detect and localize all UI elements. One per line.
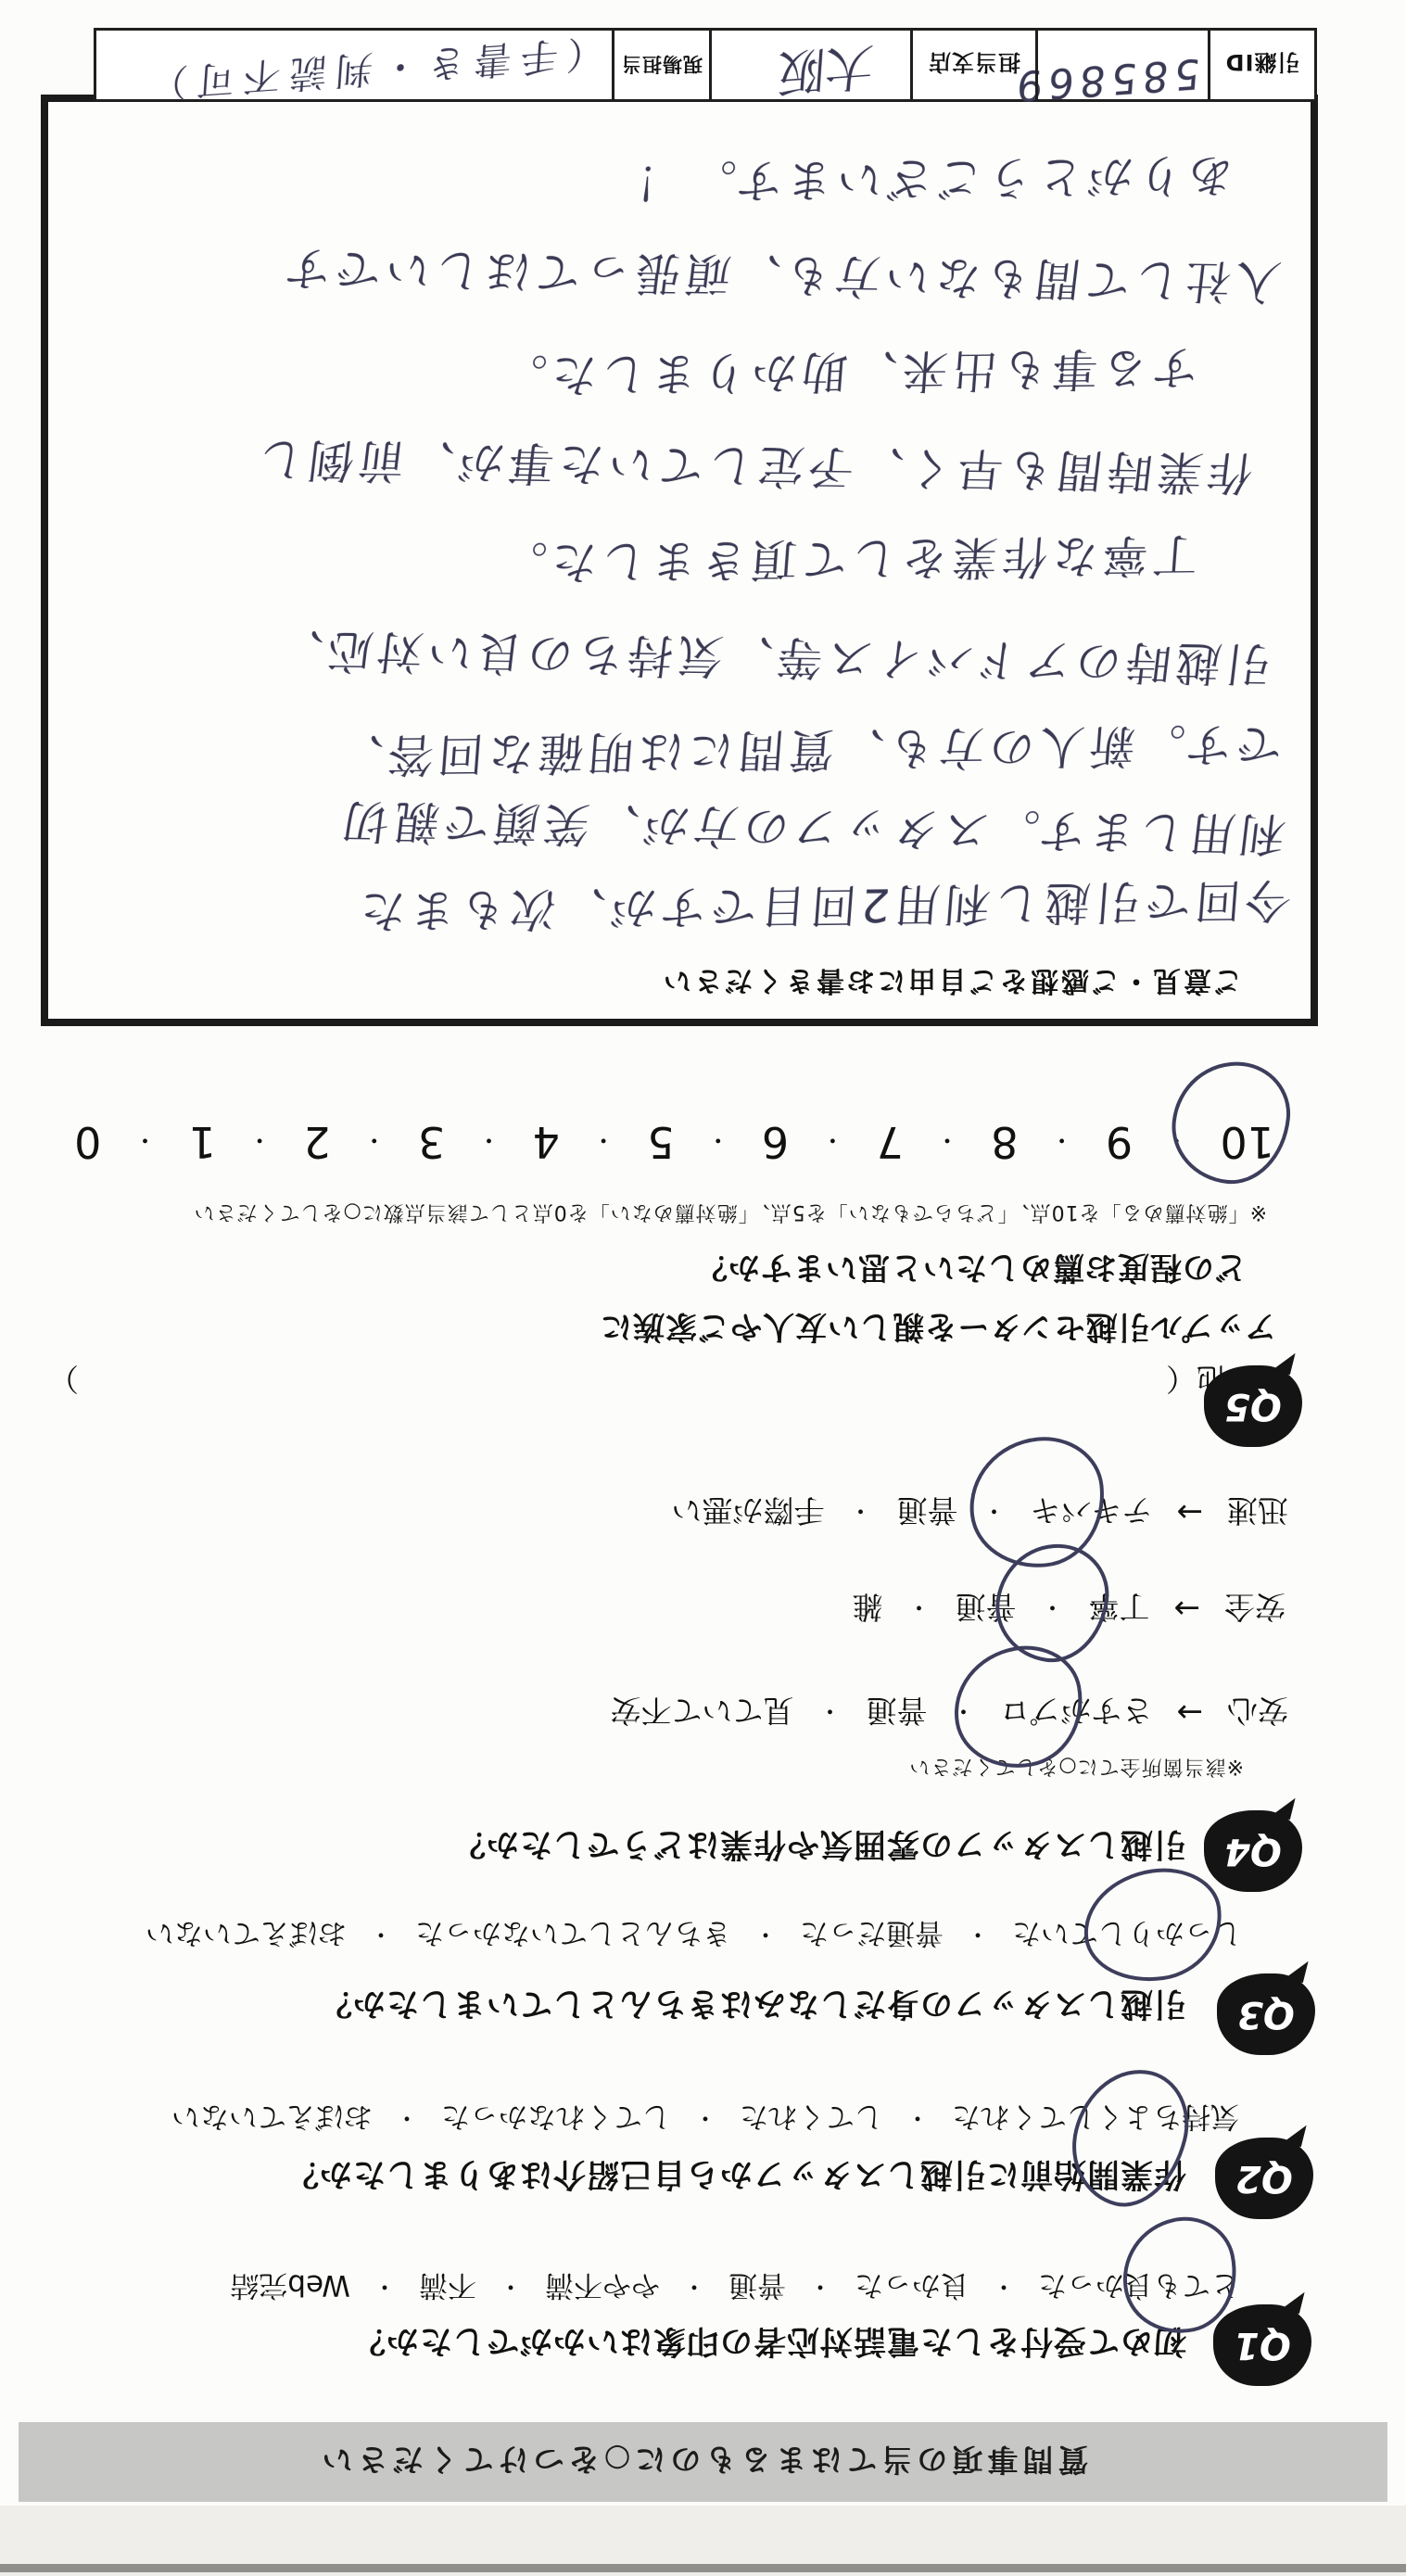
- scale-value: 7: [877, 1117, 904, 1167]
- dot-separator: ・: [820, 1125, 844, 1160]
- handwritten-line: する事も出来、助かりました。: [494, 337, 1200, 411]
- q2-option: してくれなかった: [441, 2099, 671, 2140]
- scale-value: 9: [1106, 1117, 1133, 1167]
- q3-options: しっかりしていた・普通だった・きちんとしていなかった・おぼえていない: [146, 1915, 1242, 1957]
- q5-badge: Q5: [1204, 1365, 1302, 1447]
- arrow-icon: →: [1177, 1694, 1204, 1732]
- q4-option: 見ていて不安: [610, 1691, 793, 1734]
- scale-ink-circle: [1166, 1056, 1295, 1189]
- arrow-icon: →: [1174, 1591, 1201, 1628]
- crew-label-cell: 現場担当: [614, 31, 712, 99]
- dot-separator: ・: [906, 1592, 931, 1626]
- q3-badge: Q3: [1217, 1973, 1315, 2055]
- q4-option: 普通: [866, 1691, 927, 1734]
- dot-separator: ・: [499, 2271, 523, 2305]
- q4-row-anshin: 安心 → さすがプロ・普通・見ていて不安: [610, 1691, 1288, 1734]
- comment-box: ご意見・ご感想をご自由にお書きください 今回で引越し利用2回目ですが、次もまた …: [41, 95, 1318, 1026]
- handwritten-line: 今回で引越し利用2回目ですが、次もまた: [353, 870, 1293, 946]
- scale-value: 0: [74, 1117, 101, 1167]
- dot-separator: ・: [247, 1125, 272, 1160]
- dot-separator: ・: [1050, 1125, 1074, 1160]
- instruction-banner: 質問事項の当てはまるものに○をつけてください: [19, 2422, 1387, 2502]
- q1-badge: Q1: [1213, 2304, 1311, 2386]
- crew-label: 現場担当: [621, 51, 703, 79]
- q1-question: 初めて受付をした電話対応者の印象はいかがでしたか？: [352, 2320, 1186, 2367]
- q4-option: 普通: [896, 1491, 957, 1534]
- dot-separator: ・: [133, 1125, 158, 1160]
- dot-separator: ・: [693, 2102, 717, 2137]
- scale-value: 3: [418, 1117, 445, 1167]
- q5-note: ※「絶対薦める」を10点、「どちらでもない」を5点、「絶対薦めない」を0点として…: [194, 1199, 1267, 1228]
- handwritten-line: 引越時のアドバイス等、気持ちの良い対応、: [269, 620, 1274, 699]
- q2-option: してくれた: [740, 2099, 883, 2140]
- q4-row3-ink-circle: [963, 1431, 1111, 1574]
- scale-value: 8: [991, 1117, 1018, 1167]
- q3-option: おぼえていない: [146, 1915, 347, 1957]
- q3-badge-label: Q3: [1237, 1993, 1295, 2036]
- comment-box-header: ご意見・ご感想をご自由にお書きください: [661, 963, 1242, 1004]
- dot-separator: ・: [966, 1919, 990, 1953]
- dot-separator: ・: [591, 1125, 615, 1160]
- q4-row-label: 安心: [1227, 1691, 1288, 1734]
- dot-separator: ・: [935, 1125, 959, 1160]
- instruction-text: 質問事項の当てはまるものに○をつけてください: [318, 2441, 1089, 2484]
- q1-option: 不満: [419, 2267, 476, 2309]
- dot-separator: ・: [817, 1695, 842, 1730]
- dot-separator: ・: [682, 2271, 706, 2305]
- arrow-icon: →: [1177, 1494, 1204, 1531]
- q4-row-label: 迅速: [1227, 1491, 1288, 1534]
- q3-option: 普通だった: [800, 1915, 944, 1957]
- q4-other-close: ）: [48, 1359, 79, 1402]
- scale-value: 2: [303, 1117, 330, 1167]
- scale-value: 6: [762, 1117, 789, 1167]
- dot-separator: ・: [754, 1919, 778, 1953]
- q4-row-label: 安全: [1224, 1587, 1286, 1631]
- dot-separator: ・: [369, 1919, 393, 1953]
- handover-id-label-cell: 引継ID: [1210, 31, 1314, 99]
- q4-option: 手際が悪い: [671, 1491, 824, 1534]
- branch-value: 大阪: [774, 35, 875, 112]
- q4-badge-label: Q4: [1224, 1830, 1282, 1872]
- crew-value: （手書き・判読不可）: [140, 28, 606, 113]
- handwritten-line: 作業時間も早く、予定していた事が、前倒し: [250, 429, 1257, 508]
- q4-question: 引越しスタッフの雰囲気や作業はどうでしたか？: [452, 1823, 1186, 1870]
- q3-ink-circle: [1076, 1860, 1229, 1990]
- q4-note: ※該当箇所全てに○をしてください: [908, 1754, 1244, 1783]
- q1-badge-label: Q1: [1234, 2324, 1291, 2367]
- handwritten-line: ありがとうございます。 ！: [605, 146, 1235, 218]
- scan-edge-shadow: [0, 2564, 1406, 2572]
- handwritten-line: です。新人の方も、質問には明確な回答、: [331, 715, 1284, 791]
- dot-separator: ・: [362, 1125, 386, 1160]
- q3-question: 引越しスタッフの身だしなみはきちんとしていましたか？: [319, 1983, 1186, 2029]
- scale-value: 5: [647, 1117, 674, 1167]
- dot-separator: ・: [992, 2271, 1016, 2305]
- nps-scale: 10・ 9・ 8・ 7・ 6・ 5・ 4・ 3・ 2・ 1・ 0: [74, 1117, 1274, 1167]
- q4-badge: Q4: [1204, 1810, 1302, 1892]
- q5-question-line1: アップル引越センターを親しい友人やご家族に: [600, 1307, 1276, 1352]
- branch-label-cell: 担当支店: [913, 31, 1038, 99]
- q5-question-line2: どの程度お薦めしたいと思いますか？: [695, 1248, 1247, 1293]
- q2-badge: Q2: [1215, 2138, 1313, 2219]
- dot-separator: ・: [848, 1495, 872, 1529]
- dot-separator: ・: [395, 2102, 419, 2137]
- q1-options: とても良かった・良かった・普通・やや不満・不満・Web完結: [230, 2267, 1239, 2309]
- dot-separator: ・: [476, 1125, 500, 1160]
- q1-option: Web完結: [230, 2267, 350, 2309]
- branch-label: 担当支店: [928, 49, 1020, 82]
- scale-value: 1: [189, 1117, 216, 1167]
- q1-option: 普通: [728, 2267, 786, 2309]
- dot-separator: ・: [906, 2102, 930, 2137]
- q5-badge-label: Q5: [1224, 1385, 1282, 1428]
- handwritten-line: 丁寧な作業をして頂きました。: [494, 525, 1200, 598]
- q2-badge-label: Q2: [1235, 2157, 1293, 2200]
- q3-option: きちんとしていなかった: [415, 1915, 731, 1957]
- q4-option: 雑: [852, 1587, 882, 1631]
- crew-value-cell: （手書き・判読不可）: [96, 31, 614, 99]
- handover-id-value: 585869: [1009, 49, 1201, 110]
- handwritten-line: 入社して間もない方も、頑張ってほしいです: [277, 238, 1285, 317]
- dot-separator: ・: [373, 2271, 397, 2305]
- q2-question: 作業開始前に引越しスタッフから自己紹介はありましたか？: [285, 2153, 1186, 2200]
- q1-option: 良かった: [855, 2267, 969, 2309]
- q2-option: おぼえていない: [171, 2099, 373, 2140]
- branch-value-cell: 大阪: [712, 31, 913, 99]
- dot-separator: ・: [808, 2271, 832, 2305]
- q1-option: やや不満: [545, 2267, 660, 2309]
- survey-sheet: 質問事項の当てはまるものに○をつけてください Q1 初めて受付をした電話対応者の…: [0, 0, 1406, 2576]
- upside-down-scan: 質問事項の当てはまるものに○をつけてください Q1 初めて受付をした電話対応者の…: [0, 0, 1406, 2576]
- handover-id-label: 引継ID: [1225, 49, 1300, 82]
- handwritten-line: 利用します。スタッフの方が、笑顔で親切: [336, 792, 1289, 869]
- scale-value: 4: [533, 1117, 560, 1167]
- dot-separator: ・: [706, 1125, 730, 1160]
- handover-id-value-cell: 585869: [1038, 31, 1210, 99]
- handover-table: 引継ID 585869 担当支店 大阪 現場担当 （手書き・判読不可）: [94, 28, 1317, 102]
